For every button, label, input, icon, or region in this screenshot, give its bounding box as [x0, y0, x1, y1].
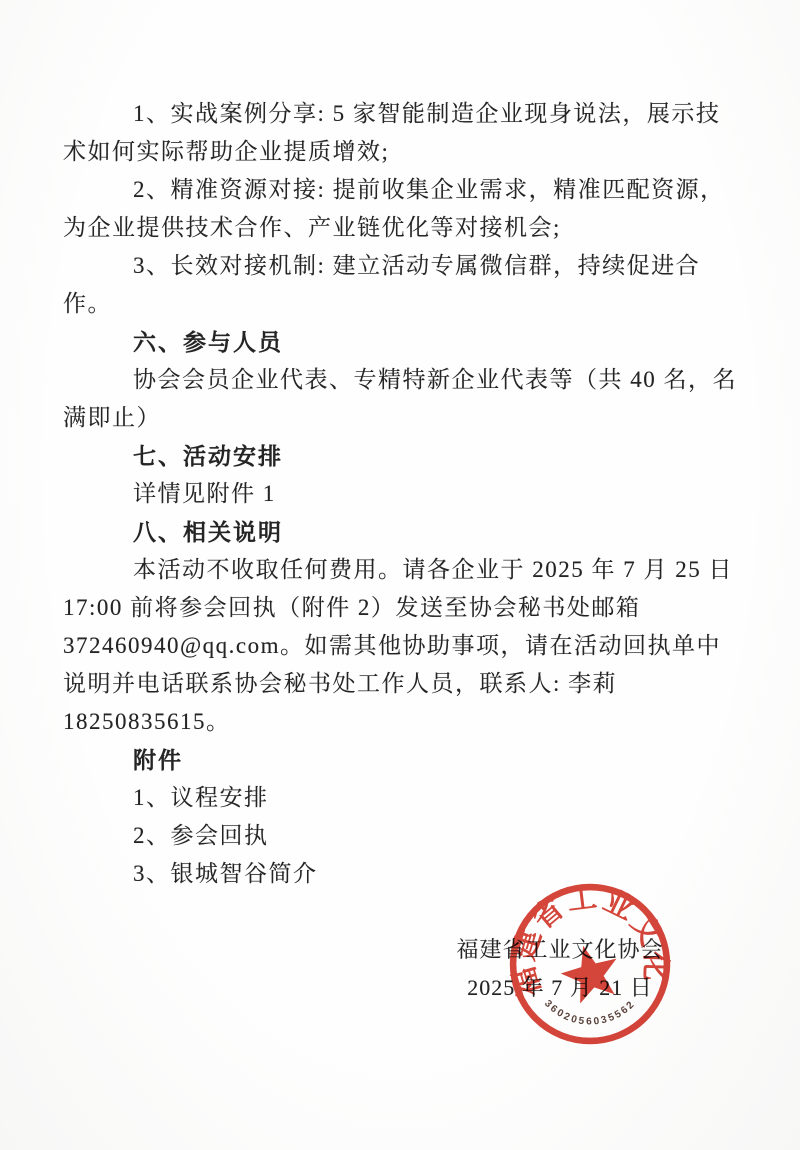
document-line: 本活动不收取任何费用。请各企业于 2025 年 7 月 25 日: [63, 551, 745, 589]
document-line: 协会会员企业代表、专精特新企业代表等（共 40 名，名: [63, 361, 745, 399]
document-line: 1、议程安排: [63, 779, 745, 817]
document-line: 满即止）: [63, 399, 745, 437]
section-heading: 附件: [63, 741, 745, 779]
document-line: 作。: [63, 285, 745, 323]
document-line: 372460940@qq.com。如需其他协助事项，请在活动回执单中: [63, 627, 745, 665]
document-line: 1、实战案例分享: 5 家智能制造企业现身说法，展示技: [63, 95, 745, 133]
document-line: 2、精准资源对接: 提前收集企业需求，精准匹配资源，: [63, 171, 745, 209]
document-line: 详情见附件 1: [63, 475, 745, 513]
document-line: 2、参会回执: [63, 817, 745, 855]
document-line: 17:00 前将参会回执（附件 2）发送至协会秘书处邮箱: [63, 589, 745, 627]
document-line: 18250835615。: [63, 703, 745, 741]
section-heading: 八、相关说明: [63, 513, 745, 551]
seal-serial-number: 3602056035562: [542, 998, 638, 1027]
star-icon: [555, 938, 625, 1006]
section-heading: 六、参与人员: [63, 323, 745, 361]
seal-serial-holder: 3602056035562: [542, 998, 638, 1027]
document-line: 术如何实际帮助企业提质增效;: [63, 133, 745, 171]
section-heading: 七、活动安排: [63, 437, 745, 475]
document-line: 3、长效对接机制: 建立活动专属微信群，持续促进合: [63, 247, 745, 285]
document-line: 说明并电话联系协会秘书处工作人员，联系人: 李莉: [63, 665, 745, 703]
document-line: 为企业提供技术合作、产业链优化等对接机会;: [63, 209, 745, 247]
document-lines: 1、实战案例分享: 5 家智能制造企业现身说法，展示技术如何实际帮助企业提质增效…: [63, 95, 745, 893]
official-seal: 福建省工业文化协会 3602056035562: [506, 880, 674, 1048]
document-page: 1、实战案例分享: 5 家智能制造企业现身说法，展示技术如何实际帮助企业提质增效…: [0, 0, 800, 1150]
